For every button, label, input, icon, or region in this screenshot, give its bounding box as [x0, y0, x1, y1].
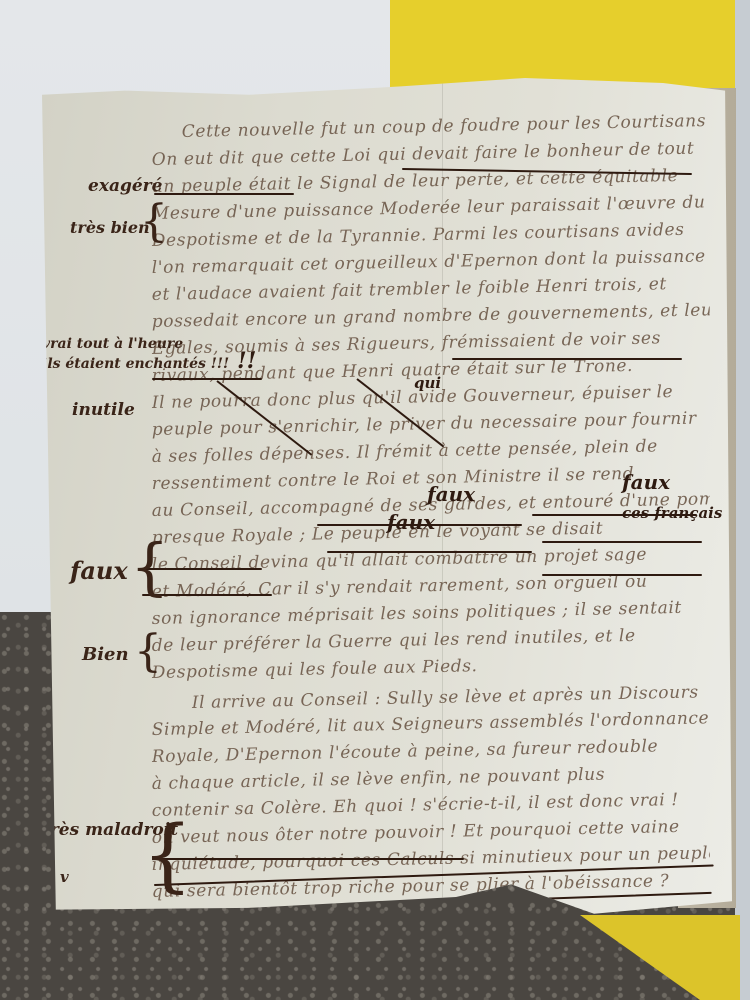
- correction-faux: faux: [622, 470, 670, 494]
- margin-note-ils-etaient: ils étaient enchantés !!!: [42, 356, 229, 372]
- brace-icon: {: [130, 530, 169, 603]
- margin-note-exagere: exagéré: [88, 176, 162, 196]
- annotation-underline: [452, 358, 682, 360]
- correction-faux: faux: [387, 510, 435, 534]
- brace-icon: {: [134, 626, 162, 677]
- annotation-underline: [154, 858, 464, 860]
- correction-faux: faux: [427, 482, 475, 506]
- margin-note-vrai-tout: vrai tout à l'heure: [42, 336, 183, 352]
- correction-qui: qui: [414, 374, 441, 392]
- annotation-underline: [542, 574, 702, 576]
- margin-note-tres-bien: très bien: [70, 218, 150, 237]
- annotation-underline: [152, 378, 262, 380]
- correction-ces-francais: ces français: [622, 504, 722, 522]
- margin-note-faux: faux: [70, 556, 128, 585]
- background-right-edge: [735, 0, 750, 1000]
- margin-note-bien: Bien: [82, 644, 129, 665]
- annotation-underline: [542, 541, 702, 543]
- margin-note-inutile: inutile: [72, 400, 135, 420]
- annotation-underline: [154, 193, 294, 195]
- correction-exclaim: !!: [237, 348, 256, 374]
- annotation-underline: [327, 551, 532, 553]
- margin-note-v: v: [60, 868, 69, 886]
- brace-icon: {: [142, 808, 193, 901]
- manuscript-page: Cette nouvelle fut un coup de foudre pou…: [42, 78, 732, 918]
